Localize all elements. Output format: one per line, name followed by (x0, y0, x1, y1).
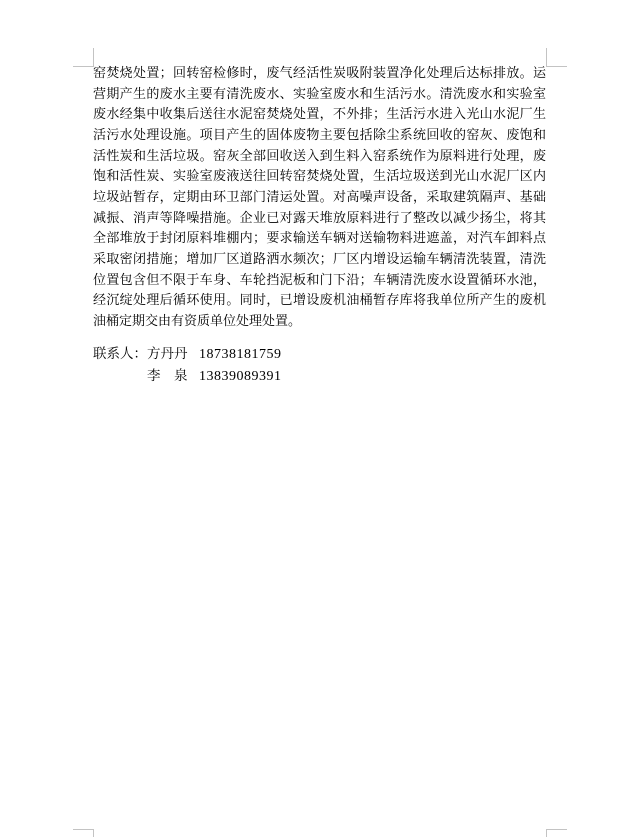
body-paragraph: 窑焚烧处置；回转窑检修时，废气经活性炭吸附装置净化处理后达标排放。运 营期产生的… (93, 63, 546, 332)
contact-phone: 13839089391 (199, 367, 282, 388)
body-line: 采取密闭措施；增加厂区道路洒水频次；厂区内增设运输车辆清洗装置，清洗 (93, 249, 546, 270)
body-line: 油桶定期交由有资质单位处理处置。 (93, 311, 546, 332)
contact-phone: 18738181759 (199, 345, 282, 366)
body-line: 垃圾站暂存，定期由环卫部门清运处置。对高噪声设备，采取建筑隔声、基础 (93, 187, 546, 208)
body-line: 活性炭和生活垃圾。窑灰全部回收送入到生料入窑系统作为原料进行处理，废 (93, 146, 546, 167)
body-line: 经沉绽处理后循环使用。同时，已增设废机油桶暂存库将我单位所产生的废机 (93, 290, 546, 311)
contact-label: 联系人： (93, 344, 147, 365)
contact-block: 联系人： 方丹丹 18738181759 李 泉 13839089391 (93, 344, 282, 387)
body-line: 活污水处理设施。项目产生的固体废物主要包括除尘系统回收的窑灰、废饱和 (93, 125, 546, 146)
body-line: 窑焚烧处置；回转窑检修时，废气经活性炭吸附装置净化处理后达标排放。运 (93, 63, 546, 84)
margin-crop-mark-bottom-right (546, 829, 567, 837)
body-line: 废水经集中收集后送往水泥窑焚烧处置，不外排；生活污水进入光山水泥厂生 (93, 104, 546, 125)
body-line: 全部堆放于封闭原料堆棚内；要求输送车辆对送输物料进遮盖，对汽车卸料点 (93, 228, 546, 249)
contact-row: 李 泉 13839089391 (93, 366, 282, 388)
body-line: 营期产生的废水主要有清洗废水、实验室废水和生活污水。清洗废水和实验室 (93, 84, 546, 105)
margin-crop-mark-top-right (546, 48, 567, 67)
body-line: 减振、消声等降噪措施。企业已对露天堆放原料进行了整改以减少扬尘，将其 (93, 208, 546, 229)
document-page: 窑焚烧处置；回转窑检修时，废气经活性炭吸附装置净化处理后达标排放。运 营期产生的… (0, 0, 636, 837)
body-line: 位置包含但不限于车身、车轮挡泥板和门下沿；车辆清洗废水设置循环水池， (93, 270, 546, 291)
contact-name: 方丹丹 (147, 344, 193, 365)
margin-crop-mark-top-left (73, 48, 94, 67)
margin-crop-mark-bottom-left (73, 829, 94, 837)
body-line: 饱和活性炭、实验室废液送往回转窑焚烧处置，生活垃圾送到光山水泥厂区内 (93, 166, 546, 187)
contact-name: 李 泉 (147, 366, 193, 387)
contact-row: 联系人： 方丹丹 18738181759 (93, 344, 282, 366)
